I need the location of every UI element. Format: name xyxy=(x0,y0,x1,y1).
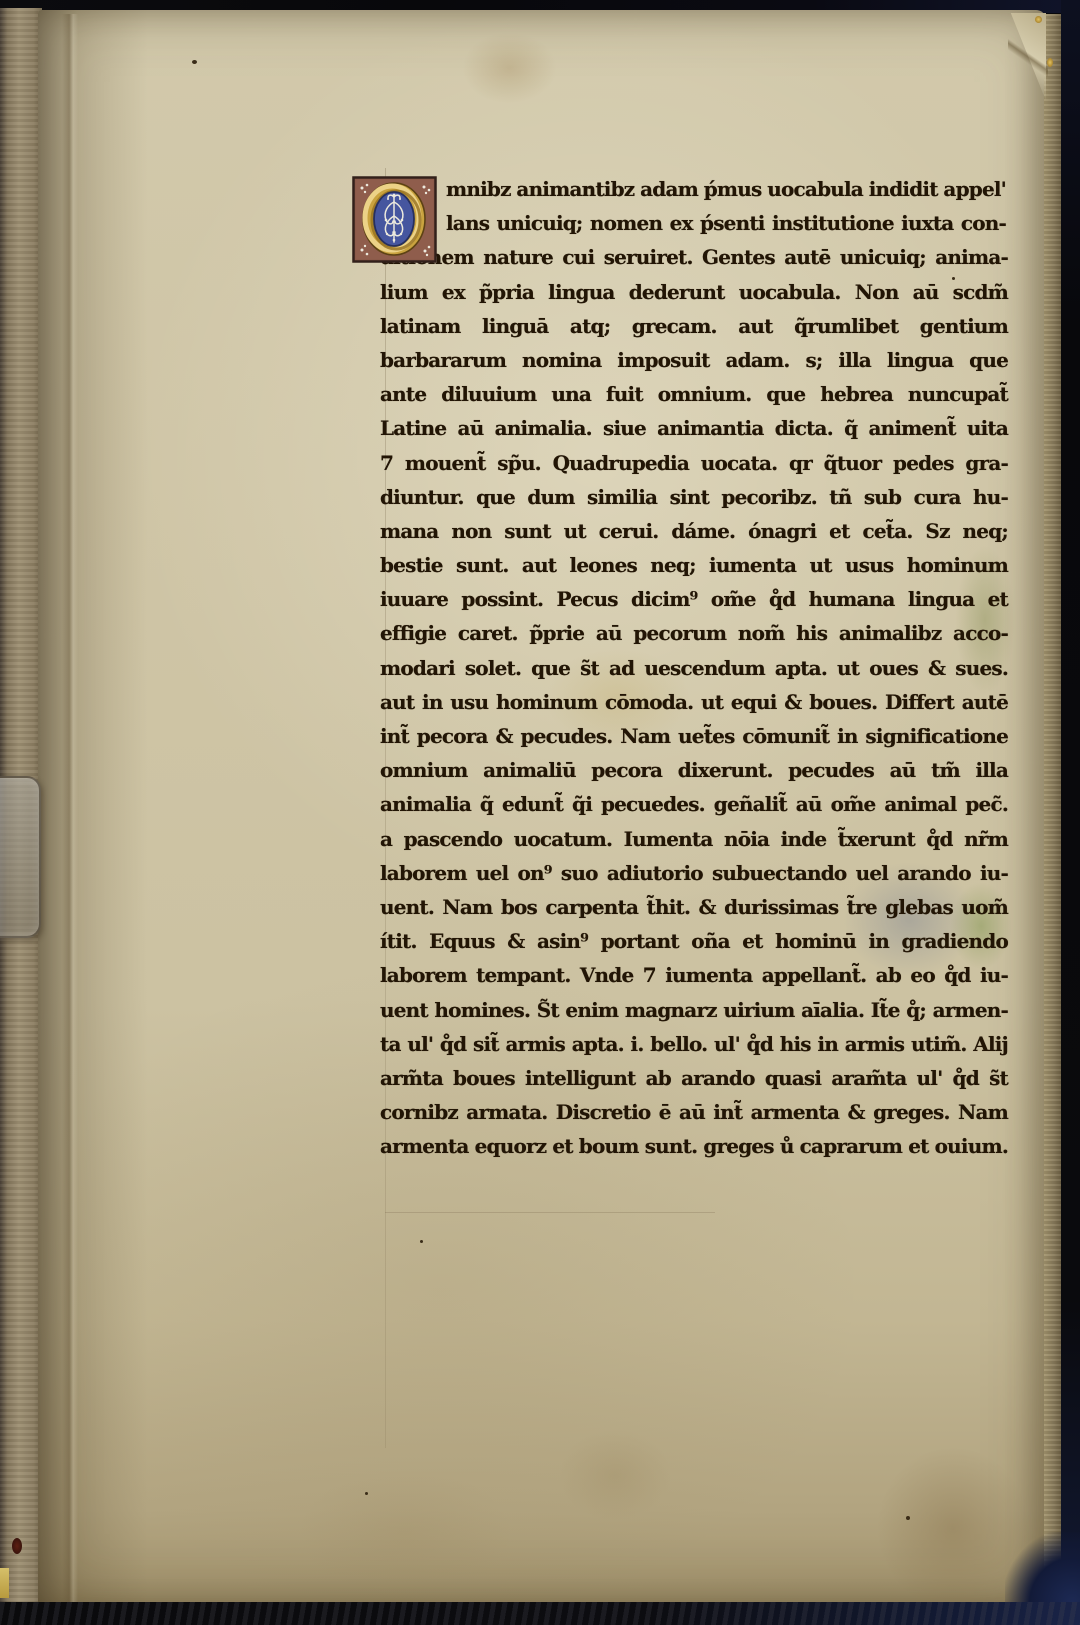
text-line: uent. Nam bos carpenta t̃hit. & durissim… xyxy=(380,890,1008,924)
text-line: Latine aū animalia. siue animantia dicta… xyxy=(380,411,1008,445)
text-line: arm̃ta boues intelligunt ab arando quasi… xyxy=(380,1061,1008,1095)
text-line: mnibz animantibz adam ṕmus uocabula indi… xyxy=(446,172,1006,206)
text-line: lium ex p̃pria lingua dederunt uocabula.… xyxy=(380,275,1008,309)
text-line: bestie sunt. aut leones neq; iumenta ut … xyxy=(380,548,1008,582)
book-binding-bottom-edge xyxy=(0,1602,1080,1625)
text-block: O xyxy=(380,172,1020,1202)
text-line: omnium animaliū pecora dixerunt. pecudes… xyxy=(380,753,1008,787)
text-line: barbararum nomina imposuit adam. s; illa… xyxy=(380,343,1008,377)
manuscript-photo: O xyxy=(0,0,1080,1625)
text-line: int̃ pecora & pecudes. Nam uet̃es cōmuni… xyxy=(380,719,1008,753)
text-line: laborem tempant. Vnde 7 iumenta appellan… xyxy=(380,958,1008,992)
text-line: cornibz armata. Discretio ē aū int̃ arme… xyxy=(380,1095,1008,1129)
page-edge-right xyxy=(1044,14,1062,1602)
gilt-edge-fragment xyxy=(0,1568,9,1598)
manuscript-text-lines: mnibz animantibz adam ṕmus uocabula indi… xyxy=(380,172,1020,1163)
book-binding-right-edge xyxy=(1061,0,1080,1625)
text-line: 7 mouent̃ sp̃u. Quadrupedia uocata. qr q… xyxy=(380,446,1008,480)
text-line: aut in usu hominum cōmoda. ut equi & bou… xyxy=(380,685,1008,719)
text-line: lans unicuiq; nomen ex ṕsenti institutio… xyxy=(446,206,1006,240)
text-line: mana non sunt ut cerui. dáme. ónagri et … xyxy=(380,514,1008,548)
text-line: iuuare possint. Pecus dicim⁹ om̃e q̊d hu… xyxy=(380,582,1008,616)
text-line: ditionem nature cui seruiret. Gentes aut… xyxy=(380,240,1008,274)
gold-speck xyxy=(1035,16,1042,23)
text-line: diuntur. que dum similia sint pecoribz. … xyxy=(380,480,1008,514)
text-line: uent homines. S̃t enim magnarz uirium aī… xyxy=(380,993,1008,1027)
gutter-shadow xyxy=(38,10,148,1606)
text-line: ítit. Equus & asin⁹ portant oña et homin… xyxy=(380,924,1008,958)
vellum-tab xyxy=(0,776,41,938)
gold-speck xyxy=(1047,58,1053,67)
illuminated-initial-O: O xyxy=(352,176,437,263)
text-line: a pascendo uocatum. Iumenta nōia inde t̃… xyxy=(380,822,1008,856)
text-line: animalia q̃ edunt̃ q̃i pecuedes. geñalit… xyxy=(380,787,1008,821)
page-crease xyxy=(62,14,78,1604)
text-line: ta ul' q̊d sit̃ armis apta. i. bello. ul… xyxy=(380,1027,1008,1061)
text-line: effigie caret. p̃prie aū pecorum nom̃ hi… xyxy=(380,616,1008,650)
red-stain-spot xyxy=(12,1538,22,1554)
illuminated-initial-artwork xyxy=(352,176,437,263)
binding-cloth-corner xyxy=(1005,1532,1080,1612)
text-line: armenta equorz et boum sunt. greges ů ca… xyxy=(380,1129,1008,1163)
text-line: ante diluuium una fuit omnium. que hebre… xyxy=(380,377,1008,411)
ruling-line-horizontal xyxy=(385,1212,715,1213)
text-line: latinam linguā atq; grecam. aut q̃rumlib… xyxy=(380,309,1008,343)
text-line: modari solet. que s̃t ad uescendum apta.… xyxy=(380,651,1008,685)
text-line: laborem uel on⁹ suo adiutorio subuectand… xyxy=(380,856,1008,890)
corner-fold-crease xyxy=(1008,14,1048,100)
